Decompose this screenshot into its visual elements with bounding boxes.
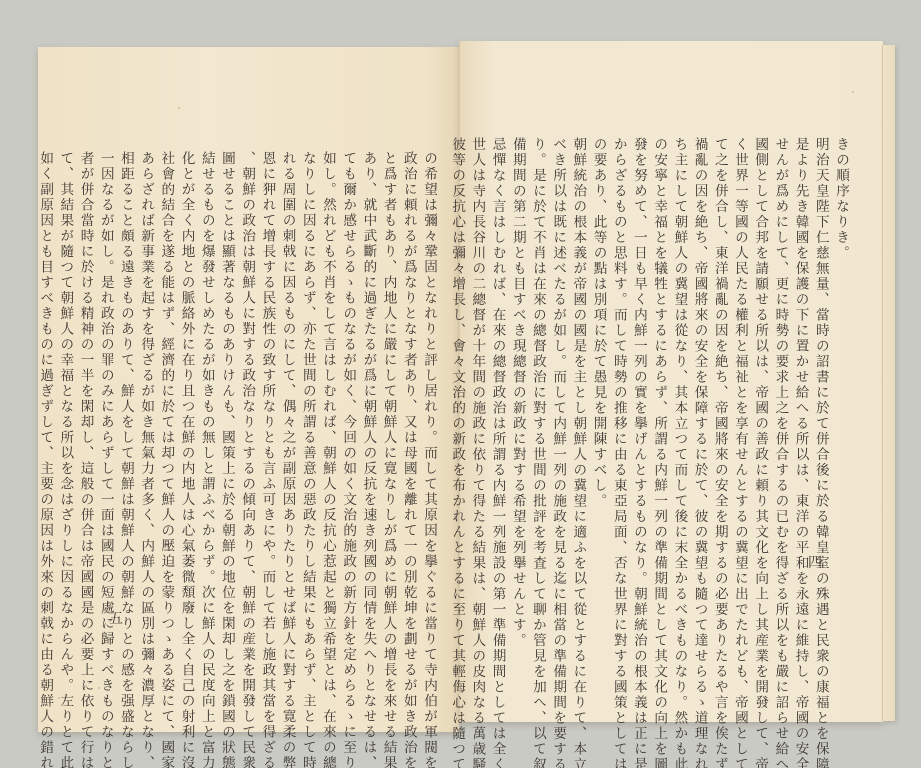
- text-column: れる周圍の刺戟に因るものにして、偶々之が副原因ありたりとせば鮮人に對する寛柔の弊…: [277, 151, 297, 711]
- text-column: 禍亂の因を絶ち、帝國將來の安全を保障するに於て、彼の冀望も隨つて達せらるゝ道理な…: [689, 137, 709, 697]
- text-column: て、其結果が隨つて朝鮮人の幸福となる所以を念はざりしに因るなからんや。左りとて此…: [55, 151, 75, 711]
- text-column: の要あり、此等の點は別項に於て愚見を開陳すべし。: [588, 137, 608, 697]
- paper-speck: [852, 91, 854, 93]
- left-page-text: の希望は彌々鞏固となれりと評し居れり。而して其原因を擧ぐるに當りて寺内伯が軍閥を…: [35, 151, 439, 711]
- text-column: 恩に狎れて增長する民族性の致す所なりとも言ふ可きにや。而して若し施政其當を得ざる…: [257, 151, 277, 711]
- book-spread: の希望は彌々鞏固となれりと評し居れり。而して其原因を擧ぐるに當りて寺内伯が軍閥を…: [0, 0, 921, 768]
- text-column: あり、就中武斷的に過ぎたるが爲に朝鮮人の反抗を速き列國の同情を失へりとなせるは、…: [358, 151, 378, 711]
- text-column: 世人は寺内長谷川の二總督が十年間の施政に依りて得たる結果は、朝鮮人の皮肉なる萬歳…: [467, 137, 487, 697]
- text-column: 彼等の反抗心は彌々增長し、會々文治的の新政を布かれんとするに至りて其輕侮心は隨つ…: [447, 137, 467, 697]
- page-edge-stack: [882, 45, 895, 721]
- text-column: あらざれば新事業を起すを得ざるが如き無氣力者多く、内鮮人の區別は彌々濃厚となり、…: [136, 151, 156, 711]
- paper-speck: [178, 107, 180, 109]
- text-column: 化とが全く内地との脈絡外に在り且つ在鮮の内地人は心氣萎微頽廢し全く自己の射利に沒…: [176, 151, 196, 711]
- page-number: 四: [808, 552, 822, 572]
- text-column: 忌憚なく言はしむれば、在來の總督政治は所謂る内鮮一列施設の第一準備期間としては全…: [487, 137, 507, 697]
- text-column: ても爾か感せらるゝものなるが如く、今回の如く文治的施政の新方針を定めらるゝに至り…: [338, 151, 358, 711]
- page-number: 五: [109, 608, 123, 628]
- text-column: 、朝鮮の政治は朝鮮人に對する政治なりとするの傾向ありて、朝鮮の産業を開發して民衆…: [237, 151, 257, 711]
- text-column: 國側として合邦を請願せる所以は、帝國の善政に頼り其文化を向上し其産業を開發して、…: [750, 137, 770, 697]
- text-column: 社會的結合を遂る能はず、經濟的に於ては却つて鮮人の壓迫を蒙りつゝある姿にて、國家…: [156, 151, 176, 711]
- paper-speck: [820, 651, 822, 653]
- text-column: きの順序なりき。: [831, 137, 851, 697]
- text-column: 者が併合當時に於ける精神の一半を閑却し、這般の併合は帝國國是の必要上に依りて行は…: [75, 151, 95, 711]
- text-column: 朝鮮統治の根本義が帝國の國是を主とし朝鮮人の冀望に適ふを以て從とするに在りて、本…: [568, 137, 588, 697]
- text-column: 政治に頼れるが爲なりとなす者あり、又は母國を離れて一の別乾坤を劃せるが如き政治を…: [399, 151, 419, 711]
- text-column: 結せるものを爆發せしめたるが如きもの無しと謂ふべからず。次に鮮人の民度向上と富力…: [197, 151, 217, 711]
- text-column: 明治天皇陛下仁慈無量、當時の詔書に於て併合後に於る韓皇室の殊遇と民衆の康福とを保…: [811, 137, 831, 697]
- text-column: ち主にして朝鮮人の冀望は從なり、其本立つて而して後に末全かるべきものなり。然かも…: [669, 137, 689, 697]
- text-column: 如し。然れども不肖をして言はしむれば、朝鮮人の反抗心惹起と獨立希望とは、在來の總…: [318, 151, 338, 711]
- left-page: の希望は彌々鞏固となれりと評し居れり。而して其原因を擧ぐるに當りて寺内伯が軍閥を…: [38, 47, 459, 732]
- text-column: 是より先き韓國を保護の下に置かせ給へる所以は、東洋の平和を永遠に維持し、帝國の安…: [790, 137, 810, 697]
- paper-speck: [58, 697, 60, 699]
- text-column: からざるものと思料す。而して時勢の推移に由る東亞局面、否な世界に對する國策として…: [609, 137, 629, 697]
- text-column: 備期間の第二期とも目すべき現總督の新政に對する希望を列擧せんとす。: [508, 137, 528, 697]
- text-column: の安寧と幸福とを犠牲とするにあらず、所謂る内鮮一列の準備期間として其文化の向上を…: [649, 137, 669, 697]
- text-column: せんが爲めにして、更に時勢の要求上之を併合するの已むを得ざる所以をも嚴に詔らせ給…: [770, 137, 790, 697]
- text-column: と爲す者もあり、内地人に嚴にして朝鮮人に寛なりしが爲めに朝鮮人の增長を來せる結果…: [378, 151, 398, 711]
- text-column: べき所以は既に述べたるが如し。而して内鮮一列の施政を見る迄に相當の準備期間を要す…: [548, 137, 568, 697]
- right-page: きの順序なりき。 明治天皇陛下仁慈無量、當時の詔書に於て併合後に於る韓皇室の殊遇…: [459, 41, 883, 722]
- text-column: 發を努めて、一日も早く内鮮一列の實を擧げんとするものなり。朝鮮統治の根本義は正に…: [629, 137, 649, 697]
- text-column: く世界一等國の人民たる權利と福祉とを享有せんとするの冀望に出でたれども、帝國とし…: [730, 137, 750, 697]
- right-page-text: きの順序なりき。 明治天皇陛下仁慈無量、當時の詔書に於て併合後に於る韓皇室の殊遇…: [447, 137, 851, 697]
- text-column: なりしに因るにあらず、亦た世間の所謂る善意の惡政たりし結果にもあらず、主として時…: [298, 151, 318, 711]
- text-column: 圖せることは顯著なるものありけんも、國策上に於る朝鮮の地位を閑却し之を鎖國の狀態…: [217, 151, 237, 711]
- text-column: 如く副原因とも目すべきものに過ぎずして、主要の原因は外來の刺戟に由る朝鮮人の錯れ…: [35, 151, 55, 711]
- text-column: の希望は彌々鞏固となれりと評し居れり。而して其原因を擧ぐるに當りて寺内伯が軍閥を…: [419, 151, 439, 711]
- paper-speck: [98, 687, 100, 689]
- text-column: て之を併合し、東洋禍亂の因を絶ち、帝國將來の安全を期するの必要ありたるや言を俟た…: [710, 137, 730, 697]
- text-column: り。是に於て不肖は在來の總督政治に對する世間の批評を考査して聊か管見を加へ、以て…: [528, 137, 548, 697]
